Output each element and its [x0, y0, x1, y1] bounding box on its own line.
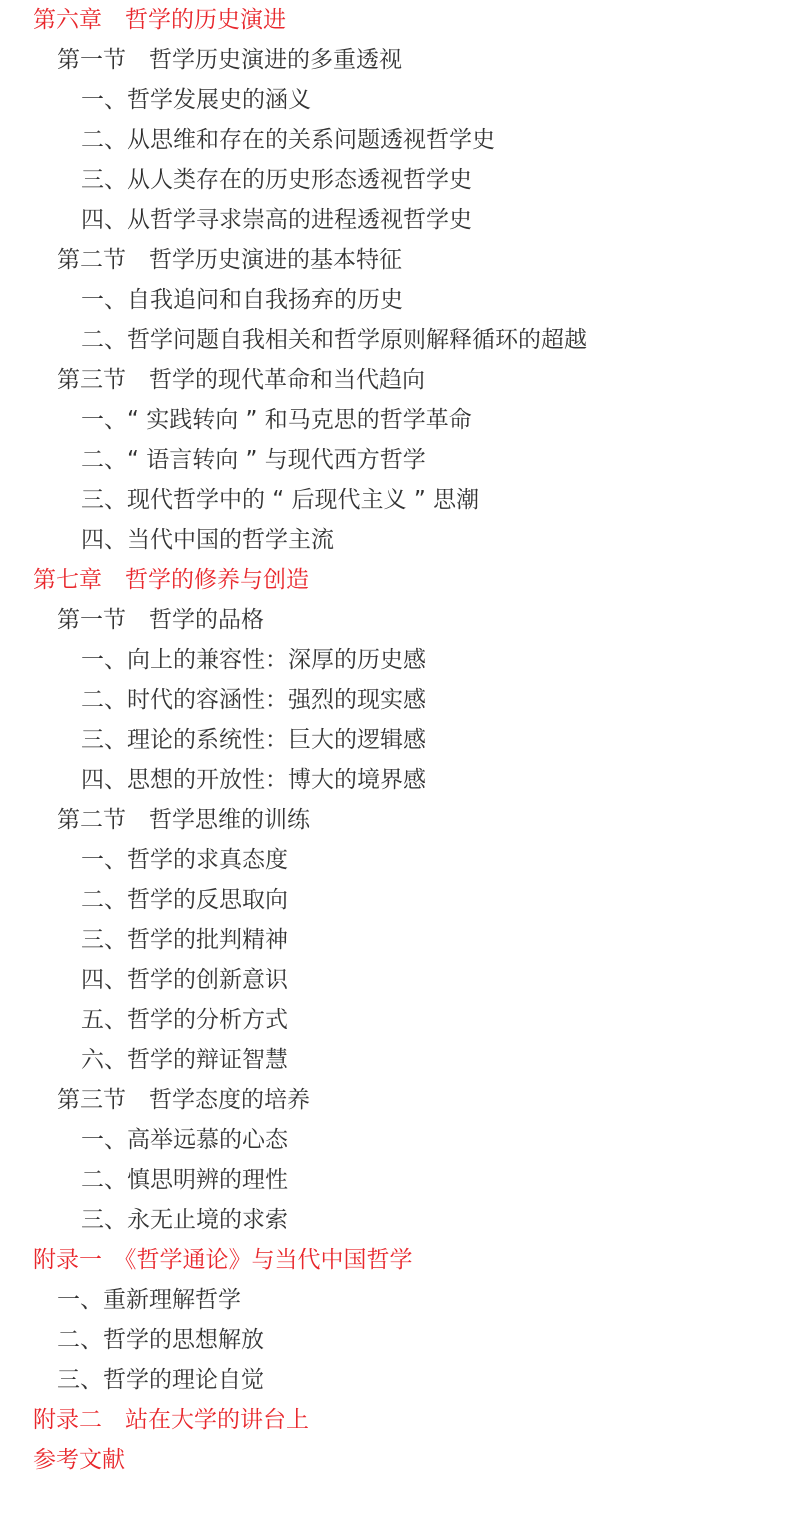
- toc-section-link[interactable]: 第二节 哲学历史演进的基本特征: [57, 240, 402, 280]
- toc-section-link[interactable]: 二、哲学的思想解放: [57, 1320, 264, 1360]
- toc-subsection-link[interactable]: 四、哲学的创新意识: [81, 960, 288, 1000]
- toc-chapter-link[interactable]: 附录二 站在大学的讲台上: [33, 1400, 309, 1440]
- toc-subsection-link[interactable]: 三、理论的系统性：巨大的逻辑感: [81, 720, 426, 760]
- toc-subsection-link[interactable]: 一、哲学的求真态度: [81, 840, 288, 880]
- toc-subsection-link[interactable]: 一、哲学发展史的涵义: [81, 80, 311, 120]
- toc-section-link[interactable]: 第二节 哲学思维的训练: [57, 800, 310, 840]
- toc-subsection-link[interactable]: 三、永无止境的求索: [81, 1200, 288, 1240]
- toc-section-link[interactable]: 第三节 哲学的现代革命和当代趋向: [57, 360, 425, 400]
- toc-subsection-link[interactable]: 一、高举远慕的心态: [81, 1120, 288, 1160]
- toc-subsection-link[interactable]: 一、向上的兼容性：深厚的历史感: [81, 640, 426, 680]
- toc-section-link[interactable]: 一、重新理解哲学: [57, 1280, 241, 1320]
- toc-section-link[interactable]: 第一节 哲学历史演进的多重透视: [57, 40, 402, 80]
- toc-chapter-link[interactable]: 参考文献: [33, 1440, 125, 1480]
- toc-subsection-link[interactable]: 四、思想的开放性：博大的境界感: [81, 760, 426, 800]
- toc-subsection-link[interactable]: 三、从人类存在的历史形态透视哲学史: [81, 160, 472, 200]
- toc-section-link[interactable]: 第一节 哲学的品格: [57, 600, 264, 640]
- toc-subsection-link[interactable]: 四、当代中国的哲学主流: [81, 520, 334, 560]
- toc-subsection-link[interactable]: 二、从思维和存在的关系问题透视哲学史: [81, 120, 495, 160]
- toc-subsection-link[interactable]: 三、哲学的批判精神: [81, 920, 288, 960]
- toc-subsection-link[interactable]: 五、哲学的分析方式: [81, 1000, 288, 1040]
- toc-subsection-link[interactable]: 三、现代哲学中的 “ 后现代主义 ” 思潮: [81, 480, 479, 520]
- toc-subsection-link[interactable]: 二、哲学的反思取向: [81, 880, 288, 920]
- toc-subsection-link[interactable]: 二、慎思明辨的理性: [81, 1160, 288, 1200]
- toc-subsection-link[interactable]: 二、哲学问题自我相关和哲学原则解释循环的超越: [81, 320, 587, 360]
- toc-section-link[interactable]: 第三节 哲学态度的培养: [57, 1080, 310, 1120]
- toc-subsection-link[interactable]: 六、哲学的辩证智慧: [81, 1040, 288, 1080]
- toc-subsection-link[interactable]: 四、从哲学寻求崇高的进程透视哲学史: [81, 200, 472, 240]
- toc-subsection-link[interactable]: 一、“ 实践转向 ” 和马克思的哲学革命: [81, 400, 472, 440]
- toc-subsection-link[interactable]: 一、自我追问和自我扬弃的历史: [81, 280, 403, 320]
- toc-section-link[interactable]: 三、哲学的理论自觉: [57, 1360, 264, 1400]
- toc-chapter-link[interactable]: 附录一 《哲学通论》与当代中国哲学: [33, 1240, 413, 1280]
- toc-chapter-link[interactable]: 第六章 哲学的历史演进: [33, 0, 286, 40]
- toc-subsection-link[interactable]: 二、“ 语言转向 ” 与现代西方哲学: [81, 440, 426, 480]
- toc-chapter-link[interactable]: 第七章 哲学的修养与创造: [33, 560, 309, 600]
- toc-subsection-link[interactable]: 二、时代的容涵性：强烈的现实感: [81, 680, 426, 720]
